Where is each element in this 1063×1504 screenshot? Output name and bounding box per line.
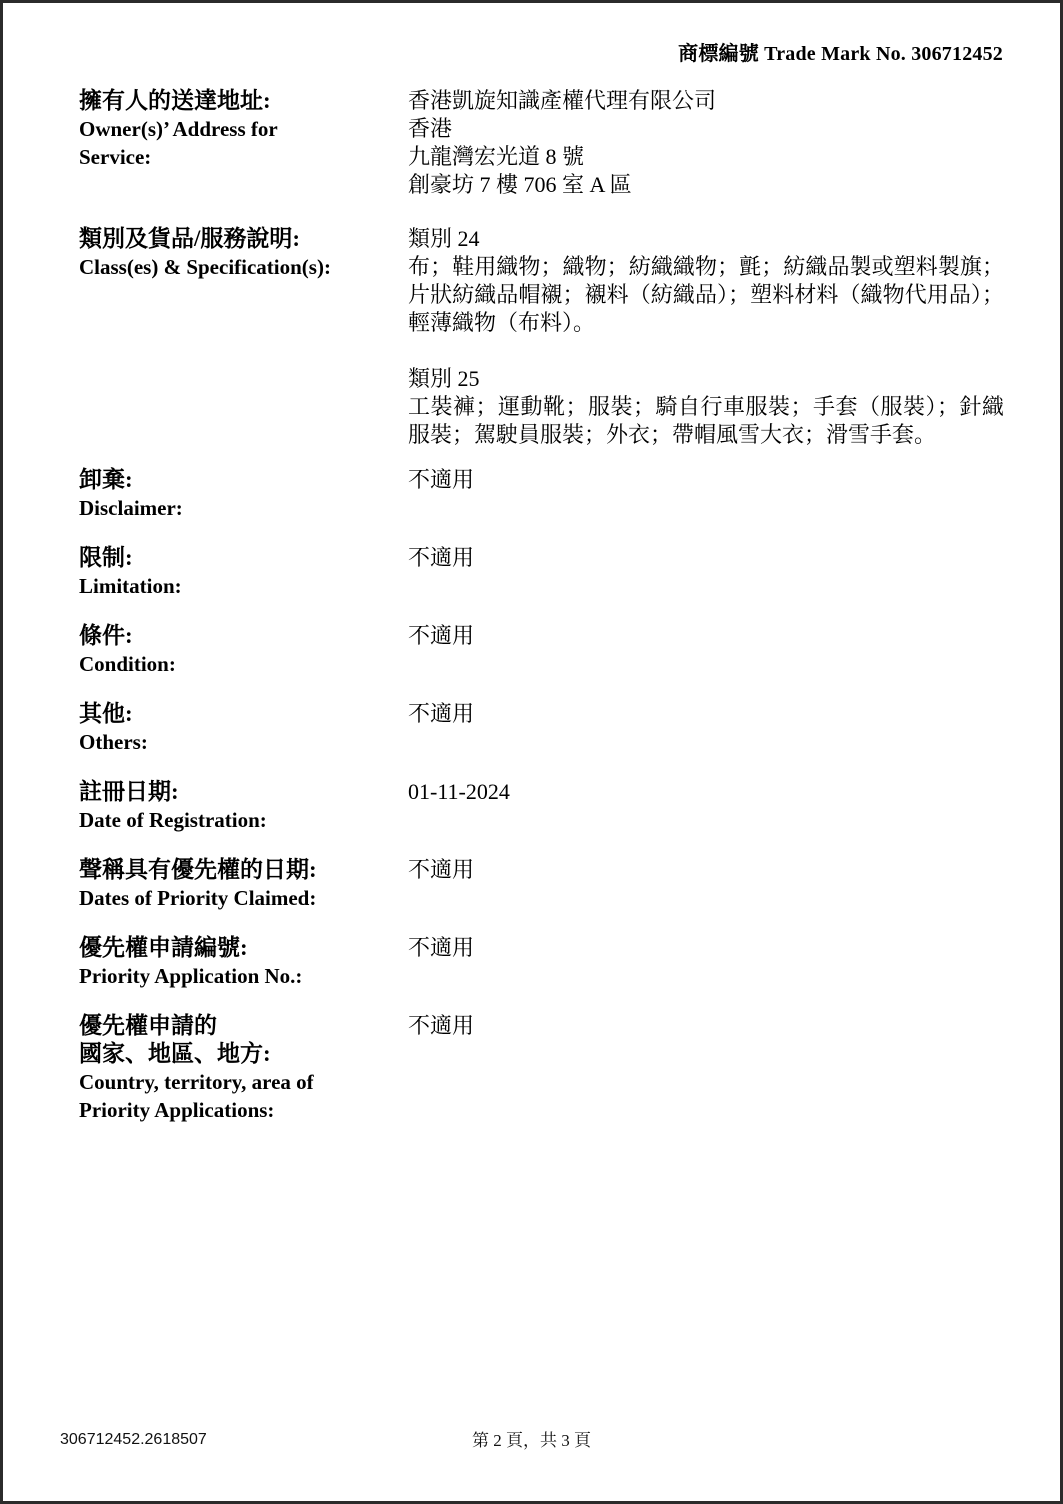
owner-address-line: 創豪坊 7 樓 706 室 A 區: [408, 171, 1004, 199]
field-label-en: Dates of Priority Claimed:: [79, 884, 408, 912]
field-label: 條件: Condition:: [79, 622, 408, 678]
field-value-text: 不適用: [408, 700, 1004, 728]
field-row-priority-country: 優先權申請的 國家、地區、地方: Country, territory, are…: [79, 1012, 1004, 1124]
field-label-en: Priority Application No.:: [79, 962, 408, 990]
field-label-en: Disclaimer:: [79, 494, 408, 522]
field-label-zh: 國家、地區、地方:: [79, 1040, 408, 1068]
field-row-dates-of-priority-claimed: 聲稱具有優先權的日期: Dates of Priority Claimed: 不…: [79, 856, 1004, 912]
field-row-priority-application-no: 優先權申請編號: Priority Application No.: 不適用: [79, 934, 1004, 990]
field-value: 不適用: [408, 544, 1004, 572]
owner-address-line: 香港凱旋知識產權代理有限公司: [408, 87, 1004, 115]
owner-address-line: 香港: [408, 115, 1004, 143]
field-label-en: Limitation:: [79, 572, 408, 600]
field-value-text: 不適用: [408, 934, 1004, 962]
field-value: 不適用: [408, 856, 1004, 884]
field-label: 優先權申請的 國家、地區、地方: Country, territory, are…: [79, 1012, 408, 1124]
field-row-date-of-registration: 註冊日期: Date of Registration: 01-11-2024: [79, 778, 1004, 834]
field-row-disclaimer: 卸棄: Disclaimer: 不適用: [79, 466, 1004, 522]
field-value: 01-11-2024: [408, 778, 1004, 806]
field-label-en: Priority Applications:: [79, 1096, 408, 1124]
field-label: 卸棄: Disclaimer:: [79, 466, 408, 522]
field-label-zh: 其他:: [79, 700, 408, 728]
page-number: 第 2 頁，共 3 頁: [3, 1426, 1060, 1451]
field-value: 香港凱旋知識產權代理有限公司 香港 九龍灣宏光道 8 號 創豪坊 7 樓 706…: [408, 87, 1004, 199]
field-label-zh: 優先權申請的: [79, 1012, 408, 1040]
class-heading: 類別 25: [408, 365, 1004, 393]
field-label-en: Condition:: [79, 650, 408, 678]
field-label: 類別及貨品/服務說明: Class(es) & Specification(s)…: [79, 225, 408, 281]
field-row-class-specification: 類別及貨品/服務說明: Class(es) & Specification(s)…: [79, 225, 1004, 449]
field-label-zh: 卸棄:: [79, 466, 408, 494]
field-label-zh: 擁有人的送達地址:: [79, 87, 408, 115]
field-label: 限制: Limitation:: [79, 544, 408, 600]
field-value: 不適用: [408, 466, 1004, 494]
registration-date-value: 01-11-2024: [408, 778, 1004, 806]
field-row-condition: 條件: Condition: 不適用: [79, 622, 1004, 678]
field-value: 不適用: [408, 1012, 1004, 1040]
field-value: 不適用: [408, 700, 1004, 728]
field-value-text: 不適用: [408, 622, 1004, 650]
field-label-en: Owner(s)’ Address for: [79, 115, 408, 143]
field-label-zh: 限制:: [79, 544, 408, 572]
field-label: 其他: Others:: [79, 700, 408, 756]
class-24-block: 類別 24 布；鞋用織物；織物；紡織織物；氈；紡織品製或塑料製旗；片狀紡織品帽襯…: [408, 225, 1004, 337]
field-value-text: 不適用: [408, 466, 1004, 494]
field-row-others: 其他: Others: 不適用: [79, 700, 1004, 756]
field-label-en: Class(es) & Specification(s):: [79, 253, 408, 281]
field-label-zh: 類別及貨品/服務說明:: [79, 225, 408, 253]
owner-address-line: 九龍灣宏光道 8 號: [408, 143, 1004, 171]
field-label-zh: 聲稱具有優先權的日期:: [79, 856, 408, 884]
field-label-zh: 優先權申請編號:: [79, 934, 408, 962]
field-value-text: 不適用: [408, 544, 1004, 572]
class-25-block: 類別 25 工裝褲；運動靴；服裝；騎自行車服裝；手套（服裝）；針織服裝；駕駛員服…: [408, 365, 1004, 449]
field-label: 擁有人的送達地址: Owner(s)’ Address for Service:: [79, 87, 408, 171]
field-label: 優先權申請編號: Priority Application No.:: [79, 934, 408, 990]
trademark-document-page: 商標編號 Trade Mark No. 306712452 擁有人的送達地址: …: [0, 0, 1063, 1504]
field-value-text: 不適用: [408, 856, 1004, 884]
field-value: 不適用: [408, 934, 1004, 962]
class-specification-text: 布；鞋用織物；織物；紡織織物；氈；紡織品製或塑料製旗；片狀紡織品帽襯；襯料（紡織…: [408, 253, 1004, 337]
field-label-zh: 註冊日期:: [79, 778, 408, 806]
field-value: 不適用: [408, 622, 1004, 650]
field-label-zh: 條件:: [79, 622, 408, 650]
class-heading: 類別 24: [408, 225, 1004, 253]
field-row-owner-address: 擁有人的送達地址: Owner(s)’ Address for Service:…: [79, 87, 1004, 199]
class-specification-text: 工裝褲；運動靴；服裝；騎自行車服裝；手套（服裝）；針織服裝；駕駛員服裝；外衣；帶…: [408, 393, 1004, 449]
field-label-en: Country, territory, area of: [79, 1068, 408, 1096]
field-label-en: Others:: [79, 728, 408, 756]
document-body: 擁有人的送達地址: Owner(s)’ Address for Service:…: [79, 87, 1004, 1124]
field-value: 類別 24 布；鞋用織物；織物；紡織織物；氈；紡織品製或塑料製旗；片狀紡織品帽襯…: [408, 225, 1004, 449]
field-value-text: 不適用: [408, 1012, 1004, 1040]
field-label-en: Service:: [79, 143, 408, 171]
field-label: 註冊日期: Date of Registration:: [79, 778, 408, 834]
field-label: 聲稱具有優先權的日期: Dates of Priority Claimed:: [79, 856, 408, 912]
trademark-number-header: 商標編號 Trade Mark No. 306712452: [678, 37, 1003, 66]
field-label-en: Date of Registration:: [79, 806, 408, 834]
field-row-limitation: 限制: Limitation: 不適用: [79, 544, 1004, 600]
